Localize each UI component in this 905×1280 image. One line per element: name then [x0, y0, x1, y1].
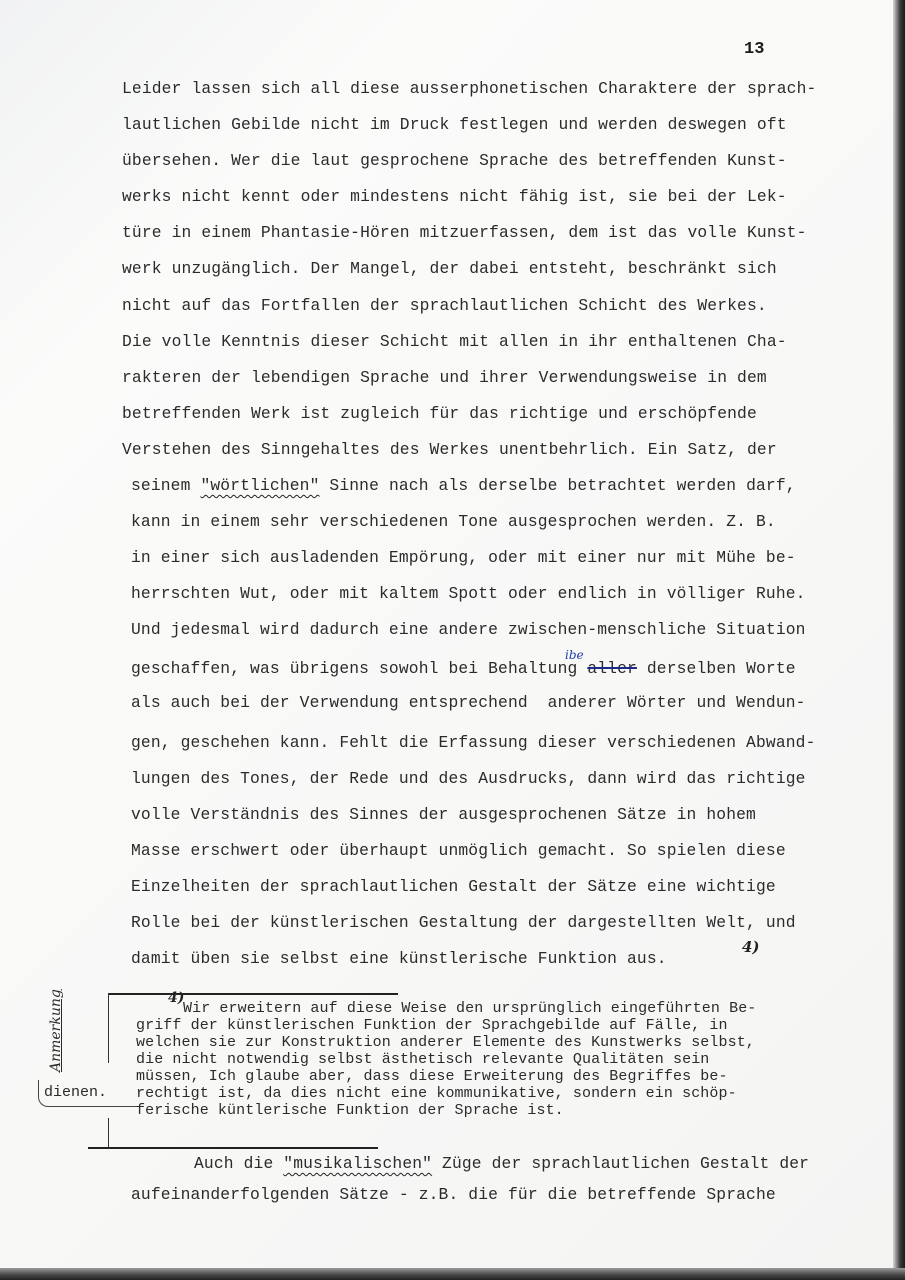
scan-edge-bottom	[0, 1268, 905, 1280]
margin-insert-dienen: dienen.	[44, 1084, 107, 1101]
typewritten-page: 13 Leider lassen sich all diese ausserph…	[0, 0, 893, 1268]
footnote-line: griff der künstlerischen Funktion der Sp…	[136, 1017, 728, 1034]
page-number: 13	[744, 40, 764, 59]
text: seinem	[131, 476, 200, 495]
body-line: aufeinanderfolgenden Sätze - z.B. die fü…	[131, 1185, 776, 1204]
footnote-line: müssen, Ich glaube aber, dass diese Erwe…	[136, 1068, 728, 1085]
body-line: herrschten Wut, oder mit kaltem Spott od…	[131, 584, 806, 603]
footnote-line: Wir erweitern auf diese Weise den ursprü…	[183, 1000, 756, 1017]
wavy-underlined-word: "wörtlichen"	[200, 476, 319, 495]
footnote-rule-bottom	[88, 1147, 378, 1149]
body-line: als auch bei der Verwendung entsprechend…	[131, 693, 806, 712]
body-line: Leider lassen sich all diese ausserphone…	[122, 79, 816, 98]
footnote-line: welchen sie zur Konstruktion anderer Ele…	[136, 1034, 755, 1051]
struck-word: aller	[587, 659, 637, 678]
body-line: betreffenden Werk ist zugleich für das r…	[122, 404, 757, 423]
body-line: werk unzugänglich. Der Mangel, der dabei…	[122, 259, 777, 278]
footnote-line: ferische küntlerische Funktion der Sprac…	[136, 1102, 564, 1119]
footnote-marker: 4)	[168, 990, 184, 1006]
body-line: lungen des Tones, der Rede und des Ausdr…	[131, 769, 806, 788]
body-line: damit üben sie selbst eine künstlerische…	[131, 949, 667, 968]
body-line-emphasis: seinem "wörtlichen" Sinne nach als derse…	[131, 476, 796, 495]
footnote-rule-top	[108, 993, 398, 995]
body-line: kann in einem sehr verschiedenen Tone au…	[131, 512, 776, 531]
body-line: rakteren der lebendigen Sprache und ihre…	[122, 368, 767, 387]
text: Auch die	[194, 1154, 283, 1173]
scan-edge-right	[893, 0, 905, 1280]
text: Sinne nach als derselbe betrachtet werde…	[320, 476, 796, 495]
footnote-reference: 4)	[742, 938, 760, 956]
footnote-line: rechtigt ist, da dies nicht eine kommuni…	[136, 1085, 737, 1102]
text: Züge der sprachlautlichen Gestalt der	[432, 1154, 809, 1173]
body-line-strikethrough: geschaffen, was übrigens sowohl bei Beha…	[131, 659, 796, 678]
footnote-bracket	[108, 993, 109, 1063]
text: derselben Worte	[637, 659, 796, 678]
body-line: Masse erschwert oder überhaupt unmöglich…	[131, 841, 786, 860]
footnote-line: die nicht notwendig selbst ästhetisch re…	[136, 1051, 709, 1068]
body-line: werks nicht kennt oder mindestens nicht …	[122, 187, 787, 206]
body-line: übersehen. Wer die laut gesprochene Spra…	[122, 151, 787, 170]
body-line-emphasis: Auch die "musikalischen" Züge der sprach…	[194, 1154, 809, 1173]
margin-note-anmerkung: Anmerkung	[48, 1012, 68, 1072]
body-line: Verstehen des Sinngehaltes des Werkes un…	[122, 440, 777, 459]
body-line: gen, geschehen kann. Fehlt die Erfassung…	[131, 733, 816, 752]
body-line: volle Verständnis des Sinnes der ausgesp…	[131, 805, 756, 824]
body-line: lautlichen Gebilde nicht im Druck festle…	[122, 115, 787, 134]
text: geschaffen, was übrigens sowohl bei Beha…	[131, 659, 587, 678]
body-line: Einzelheiten der sprachlautlichen Gestal…	[131, 877, 776, 896]
body-line: Die volle Kenntnis dieser Schicht mit al…	[122, 332, 787, 351]
body-line: Und jedesmal wird dadurch eine andere zw…	[131, 620, 806, 639]
body-line: Rolle bei der künstlerischen Gestaltung …	[131, 913, 796, 932]
body-line: türe in einem Phantasie-Hören mitzuerfas…	[122, 223, 807, 242]
body-line: in einer sich ausladenden Empörung, oder…	[131, 548, 796, 567]
wavy-underlined-word: "musikalischen"	[283, 1154, 432, 1173]
body-line: nicht auf das Fortfallen der sprachlautl…	[122, 296, 767, 315]
footnote-bracket	[108, 1118, 109, 1148]
